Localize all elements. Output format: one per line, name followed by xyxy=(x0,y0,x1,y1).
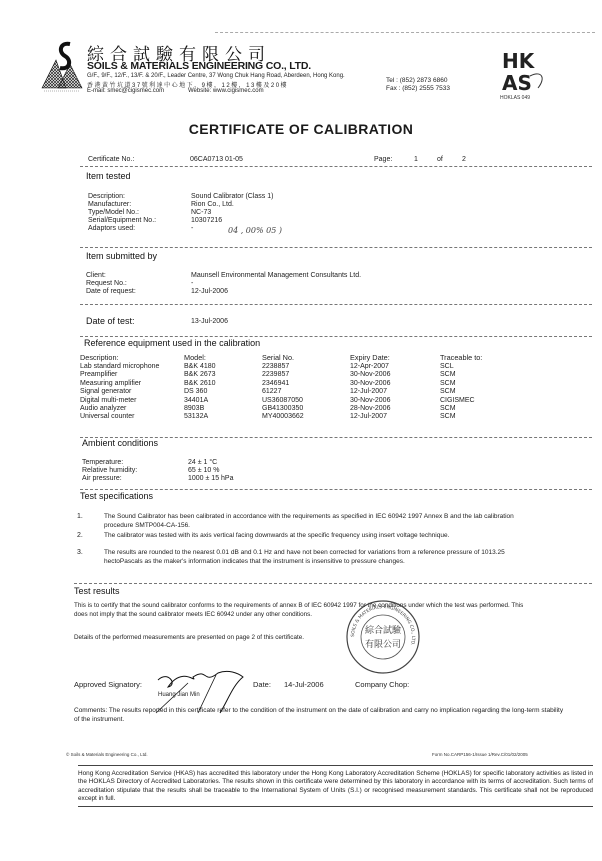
approval-date-label: Date: xyxy=(253,680,271,689)
equipment-model: 53132A xyxy=(184,413,262,421)
humidity-value: 65 ± 10 % xyxy=(188,467,219,474)
temperature-value: 24 ± 1 °C xyxy=(188,459,217,466)
company-chop-stamp-icon: 綜合試驗 有限公司 SOILS & MATERIALS ENGINEERING … xyxy=(345,599,421,675)
svg-text:綜合試驗: 綜合試驗 xyxy=(365,624,402,636)
column-header: Serial No. xyxy=(262,354,350,363)
table-header-row: Description: Model: Serial No. Expiry Da… xyxy=(80,354,520,363)
equipment-serial: 2346941 xyxy=(262,380,350,388)
equipment-model: DS 360 xyxy=(184,388,262,396)
test-results-heading: Test results xyxy=(74,586,120,596)
equipment-traceability: SCM xyxy=(440,371,520,379)
column-header: Expiry Date: xyxy=(350,354,440,363)
signature-icon xyxy=(148,655,268,715)
field-label: Request No.: xyxy=(86,280,127,287)
test-results-text: This is to certify that the sound calibr… xyxy=(74,602,524,619)
details-note: Details of the performed measurements ar… xyxy=(74,634,304,643)
footer-rule-top xyxy=(78,765,593,766)
equipment-traceability: SCL xyxy=(440,363,520,371)
approved-signatory-label: Approved Signatory: xyxy=(74,680,142,689)
field-label: Temperature: xyxy=(82,459,123,466)
document-title: CERTIFICATE OF CALIBRATION xyxy=(0,121,602,137)
equipment-serial: 2239857 xyxy=(262,371,350,379)
equipment-description: Audio analyzer xyxy=(80,405,184,413)
reference-equipment-table: Description: Model: Serial No. Expiry Da… xyxy=(80,354,520,422)
page-label: Page: xyxy=(374,156,392,163)
column-header: Description: xyxy=(80,354,184,363)
test-specifications-heading: Test specifications xyxy=(80,491,153,501)
section-divider xyxy=(80,166,592,167)
equipment-model: B&K 2610 xyxy=(184,380,262,388)
field-label: Manufacturer: xyxy=(88,201,131,208)
page-total: 2 xyxy=(462,156,466,163)
approval-date-value: 14-Jul-2006 xyxy=(284,680,324,689)
table-row: Audio analyzer8903BGB4130035028-Nov-2006… xyxy=(80,405,520,413)
equipment-serial: 61227 xyxy=(262,388,350,396)
equipment-description: Measuring amplifier xyxy=(80,380,184,388)
column-header: Traceable to: xyxy=(440,354,520,363)
svg-text:有限公司: 有限公司 xyxy=(365,638,401,650)
equipment-traceability: SCM xyxy=(440,405,520,413)
accreditation-statement: Hong Kong Accreditation Service (HKAS) h… xyxy=(78,770,593,804)
table-row: Signal generatorDS 3606122712-Jul-2007SC… xyxy=(80,388,520,396)
comments-text: Comments: The results reported in this c… xyxy=(74,707,564,724)
page-current: 1 xyxy=(414,156,418,163)
table-row: Lab standard microphoneB&K 4180223885712… xyxy=(80,363,520,371)
client-value: Maunsell Environmental Management Consul… xyxy=(191,272,361,279)
signatory-name: Huang Jian Min xyxy=(158,692,200,698)
equipment-expiry: 30-Nov-2006 xyxy=(350,380,440,388)
equipment-traceability: SCM xyxy=(440,388,520,396)
field-label: Description: xyxy=(88,193,125,200)
svg-text:HK: HK xyxy=(502,49,536,73)
equipment-description: Preamplifier xyxy=(80,371,184,379)
field-label: Client: xyxy=(86,272,106,279)
header-rule xyxy=(215,32,595,33)
spec-number: 3. xyxy=(77,549,83,556)
field-label: Type/Model No.: xyxy=(88,209,139,216)
spec-number: 1. xyxy=(77,513,83,520)
date-of-test-value: 13-Jul-2006 xyxy=(191,318,228,325)
company-tel: Tel : (852) 2873 6860 xyxy=(386,77,447,84)
certificate-no-label: Certificate No.: xyxy=(88,156,134,163)
model-value: NC-73 xyxy=(191,209,211,216)
field-label: Adaptors used: xyxy=(88,225,135,232)
equipment-description: Signal generator xyxy=(80,388,184,396)
section-divider xyxy=(80,489,592,490)
equipment-traceability: SCM xyxy=(440,380,520,388)
company-fax: Fax : (852) 2555 7533 xyxy=(386,85,450,92)
company-address-english: G/F., 9/F., 12/F., 13/F. & 20/F., Leader… xyxy=(87,73,345,79)
company-chop-label: Company Chop: xyxy=(355,680,409,689)
company-email: E-mail: smec@cigismec.com xyxy=(87,88,164,94)
field-label: Air pressure: xyxy=(82,475,122,482)
equipment-expiry: 30-Nov-2006 xyxy=(350,371,440,379)
item-submitted-heading: Item submitted by xyxy=(86,251,157,261)
column-header: Model: xyxy=(184,354,262,363)
svg-text:AS: AS xyxy=(502,71,532,95)
reference-equipment-heading: Reference equipment used in the calibrat… xyxy=(84,338,260,348)
equipment-model: 8903B xyxy=(184,405,262,413)
description-value: Sound Calibrator (Class 1) xyxy=(191,193,273,200)
equipment-traceability: CIGISMEC xyxy=(440,397,520,405)
equipment-expiry: 30-Nov-2006 xyxy=(350,397,440,405)
form-number: Form No.CARP156-1/Issue 1/Rev.C/01/02/20… xyxy=(432,752,528,757)
equipment-model: 34401A xyxy=(184,397,262,405)
equipment-model: B&K 4180 xyxy=(184,363,262,371)
equipment-serial: GB41300350 xyxy=(262,405,350,413)
item-tested-heading: Item tested xyxy=(86,171,131,181)
field-label: Relative humidity: xyxy=(82,467,137,474)
equipment-description: Lab standard microphone xyxy=(80,363,184,371)
certificate-no-value: 06CA0713 01-05 xyxy=(190,156,243,163)
field-label: Date of request: xyxy=(86,288,136,295)
equipment-expiry: 12-Apr-2007 xyxy=(350,363,440,371)
ambient-conditions-heading: Ambient conditions xyxy=(82,438,158,448)
equipment-model: B&K 2673 xyxy=(184,371,262,379)
table-row: Digital multi-meter34401AUS3608705030-No… xyxy=(80,397,520,405)
equipment-serial: US36087050 xyxy=(262,397,350,405)
page-of: of xyxy=(437,156,443,163)
field-label: Serial/Equipment No.: xyxy=(88,217,156,224)
equipment-traceability: SCM xyxy=(440,413,520,421)
equipment-expiry: 28-Nov-2006 xyxy=(350,405,440,413)
equipment-expiry: 12-Jul-2007 xyxy=(350,388,440,396)
spec-text: The calibrator was tested with its axis … xyxy=(104,532,574,541)
air-pressure-value: 1000 ± 15 hPa xyxy=(188,475,234,482)
section-divider xyxy=(74,583,592,584)
serial-value: 10307216 xyxy=(191,217,222,224)
table-row: Universal counter53132AMY4000366212-Jul-… xyxy=(80,413,520,421)
date-of-test-label: Date of test: xyxy=(86,316,135,326)
company-name-english: SOILS & MATERIALS ENGINEERING CO., LTD. xyxy=(87,60,311,72)
section-divider xyxy=(80,247,592,248)
equipment-description: Digital multi-meter xyxy=(80,397,184,405)
table-row: Measuring amplifierB&K 2610234694130-Nov… xyxy=(80,380,520,388)
copyright-text: © Soils & Materials Engineering Co., Ltd… xyxy=(66,752,148,757)
spec-number: 2. xyxy=(77,532,83,539)
equipment-serial: 2238857 xyxy=(262,363,350,371)
spec-text: The Sound Calibrator has been calibrated… xyxy=(104,513,534,530)
table-row: PreamplifierB&K 2673223985730-Nov-2006SC… xyxy=(80,371,520,379)
spec-text: The results are rounded to the nearest 0… xyxy=(104,549,534,566)
section-divider xyxy=(80,336,592,337)
equipment-serial: MY40003662 xyxy=(262,413,350,421)
company-website: Website: www.cigismec.com xyxy=(188,88,264,94)
equipment-expiry: 12-Jul-2007 xyxy=(350,413,440,421)
sme-triangle-logo-icon xyxy=(40,34,84,92)
manufacturer-value: Rion Co., Ltd. xyxy=(191,201,234,208)
request-no-value: - xyxy=(191,280,193,287)
section-divider xyxy=(80,304,592,305)
date-of-request-value: 12-Jul-2006 xyxy=(191,288,228,295)
hkas-logo-caption: HOKLAS 049 xyxy=(500,95,530,101)
footer-rule-bottom xyxy=(78,806,593,807)
equipment-description: Universal counter xyxy=(80,413,184,421)
handwritten-note: 04 , 00% 05 ) xyxy=(228,226,282,235)
hkas-logo-icon: HK AS xyxy=(500,48,548,102)
adaptors-value: - xyxy=(191,225,193,232)
